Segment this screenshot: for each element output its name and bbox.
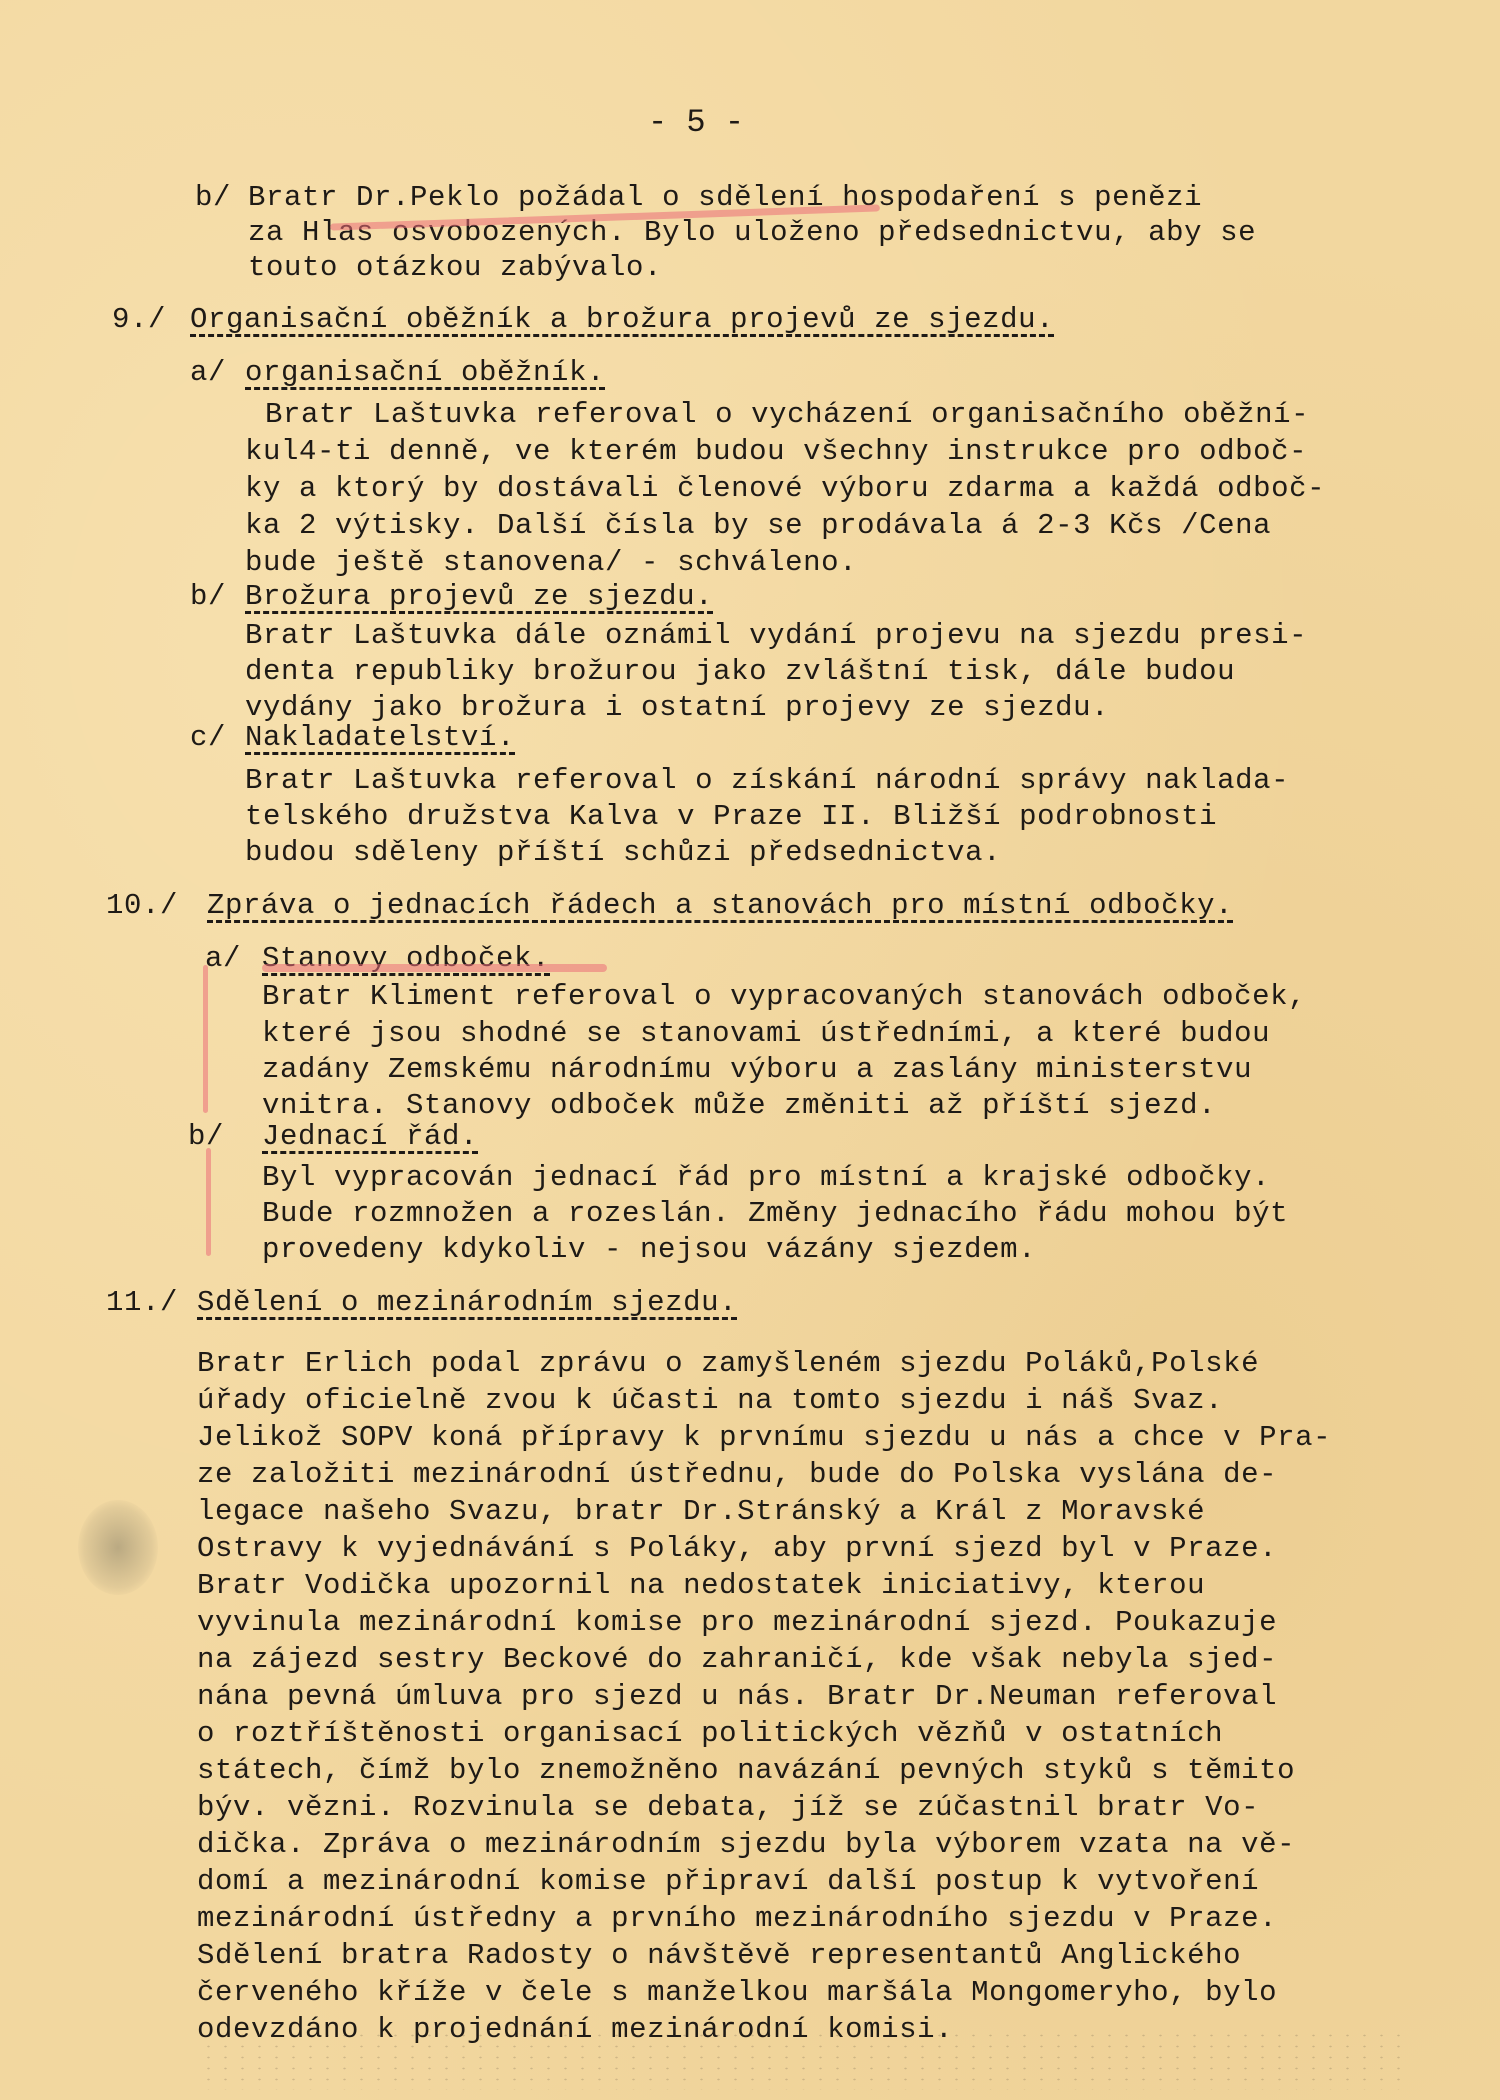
paragraph-line: domí a mezinárodní komise připraví další… bbox=[197, 1867, 1259, 1896]
paragraph-line: Bratr Kliment referoval o vypracovaných … bbox=[262, 982, 1306, 1011]
paragraph-line: ky a ktorý by dostávali členové výboru z… bbox=[245, 474, 1325, 503]
paragraph-line: červeného kříže v čele s manželkou maršá… bbox=[197, 1978, 1277, 2007]
paragraph-line: vyvinula mezinárodní komise pro mezináro… bbox=[197, 1608, 1277, 1637]
paragraph-line: Jelikož SOPV koná přípravy k prvnímu sje… bbox=[197, 1423, 1331, 1452]
paragraph-line: Byl vypracován jednací řád pro místní a … bbox=[262, 1163, 1270, 1192]
ink-speckle bbox=[200, 2030, 1400, 2090]
item-marker: a/ bbox=[190, 358, 226, 387]
paragraph-line: zadány Zemskému národnímu výboru a zaslá… bbox=[262, 1055, 1252, 1084]
paragraph-line: touto otázkou zabývalo. bbox=[248, 253, 662, 282]
red-margin-line bbox=[203, 965, 208, 1113]
red-pencil-mark bbox=[262, 964, 607, 972]
item-marker: b/ bbox=[188, 1122, 224, 1151]
section-number: 9./ bbox=[112, 305, 166, 334]
paragraph-line: nána pevná úmluva pro sjezd u nás. Bratr… bbox=[197, 1682, 1277, 1711]
paragraph-line: legace našeho Svazu, bratr Dr.Stránský a… bbox=[197, 1497, 1205, 1526]
item-marker: b/ bbox=[195, 183, 231, 212]
section-number: 11./ bbox=[106, 1288, 178, 1317]
paragraph-line: Bratr Dr.Peklo požádal o sdělení hospoda… bbox=[248, 183, 1202, 212]
paragraph-line: kul4-ti denně, ve kterém budou všechny i… bbox=[245, 437, 1307, 466]
paragraph-line: Bratr Vodička upozornil na nedostatek in… bbox=[197, 1571, 1205, 1600]
section-heading: Organisační oběžník a brožura projevů ze… bbox=[190, 305, 1054, 334]
fingerprint-smudge bbox=[78, 1500, 158, 1595]
paragraph-line: provedeny kdykoliv - nejsou vázány sjezd… bbox=[262, 1235, 1036, 1264]
paragraph-line: dička. Zpráva o mezinárodním sjezdu byla… bbox=[197, 1830, 1295, 1859]
paragraph-line: býv. vězni. Rozvinula se debata, jíž se … bbox=[197, 1793, 1259, 1822]
paragraph-line: Ostravy k vyjednávání s Poláky, aby prvn… bbox=[197, 1534, 1277, 1563]
page-number: - 5 - bbox=[648, 104, 744, 141]
paragraph-line: ka 2 výtisky. Další čísla by se prodával… bbox=[245, 511, 1271, 540]
paragraph-line: mezinárodní ústředny a prvního mezinárod… bbox=[197, 1904, 1277, 1933]
paragraph-line: telského družstva Kalva v Praze II. Bliž… bbox=[245, 802, 1217, 831]
paragraph-line: budou sděleny příští schůzi předsednictv… bbox=[245, 838, 1001, 867]
red-margin-line bbox=[206, 1148, 211, 1256]
paragraph-line: bude ještě stanovena/ - schváleno. bbox=[245, 548, 857, 577]
paragraph-line: Bratr Laštuvka dále oznámil vydání proje… bbox=[245, 621, 1307, 650]
paragraph-line: Bratr Laštuvka referoval o vycházení org… bbox=[265, 400, 1309, 429]
paragraph-line: Sdělení bratra Radosty o návštěvě repres… bbox=[197, 1941, 1241, 1970]
subsection-heading: Brožura projevů ze sjezdu. bbox=[245, 582, 713, 611]
paragraph-line: vnitra. Stanovy odboček může změniti až … bbox=[262, 1091, 1216, 1120]
paragraph-line: státech, čímž bylo znemožněno navázání p… bbox=[197, 1756, 1295, 1785]
paragraph-line: vydány jako brožura i ostatní projevy ze… bbox=[245, 693, 1109, 722]
subsection-heading: Nakladatelství. bbox=[245, 723, 515, 752]
item-marker: a/ bbox=[205, 944, 241, 973]
section-heading: Zpráva o jednacích řádech a stanovách pr… bbox=[207, 891, 1233, 920]
document-page: - 5 - b/ Bratr Dr.Peklo požádal o sdělen… bbox=[0, 0, 1500, 2100]
subsection-heading: Jednací řád. bbox=[262, 1122, 478, 1151]
paragraph-line: na zájezd sestry Beckové do zahraničí, k… bbox=[197, 1645, 1277, 1674]
paragraph-line: ze založiti mezinárodní ústřednu, bude d… bbox=[197, 1460, 1277, 1489]
paragraph-line: denta republiky brožurou jako zvláštní t… bbox=[245, 657, 1235, 686]
paragraph-line: úřady oficielně zvou k účasti na tomto s… bbox=[197, 1386, 1223, 1415]
paragraph-line: Bratr Erlich podal zprávu o zamyšleném s… bbox=[197, 1349, 1259, 1378]
section-number: 10./ bbox=[106, 891, 178, 920]
subsection-heading: organisační oběžník. bbox=[245, 358, 605, 387]
paragraph-line: Bude rozmnožen a rozeslán. Změny jednací… bbox=[262, 1199, 1288, 1228]
paragraph-line: které jsou shodné se stanovami ústředním… bbox=[262, 1019, 1270, 1048]
item-marker: c/ bbox=[190, 723, 226, 752]
section-heading: Sdělení o mezinárodním sjezdu. bbox=[197, 1288, 737, 1317]
paragraph-line: o roztříštěnosti organisací politických … bbox=[197, 1719, 1223, 1748]
item-marker: b/ bbox=[190, 582, 226, 611]
paragraph-line: Bratr Laštuvka referoval o získání národ… bbox=[245, 766, 1289, 795]
